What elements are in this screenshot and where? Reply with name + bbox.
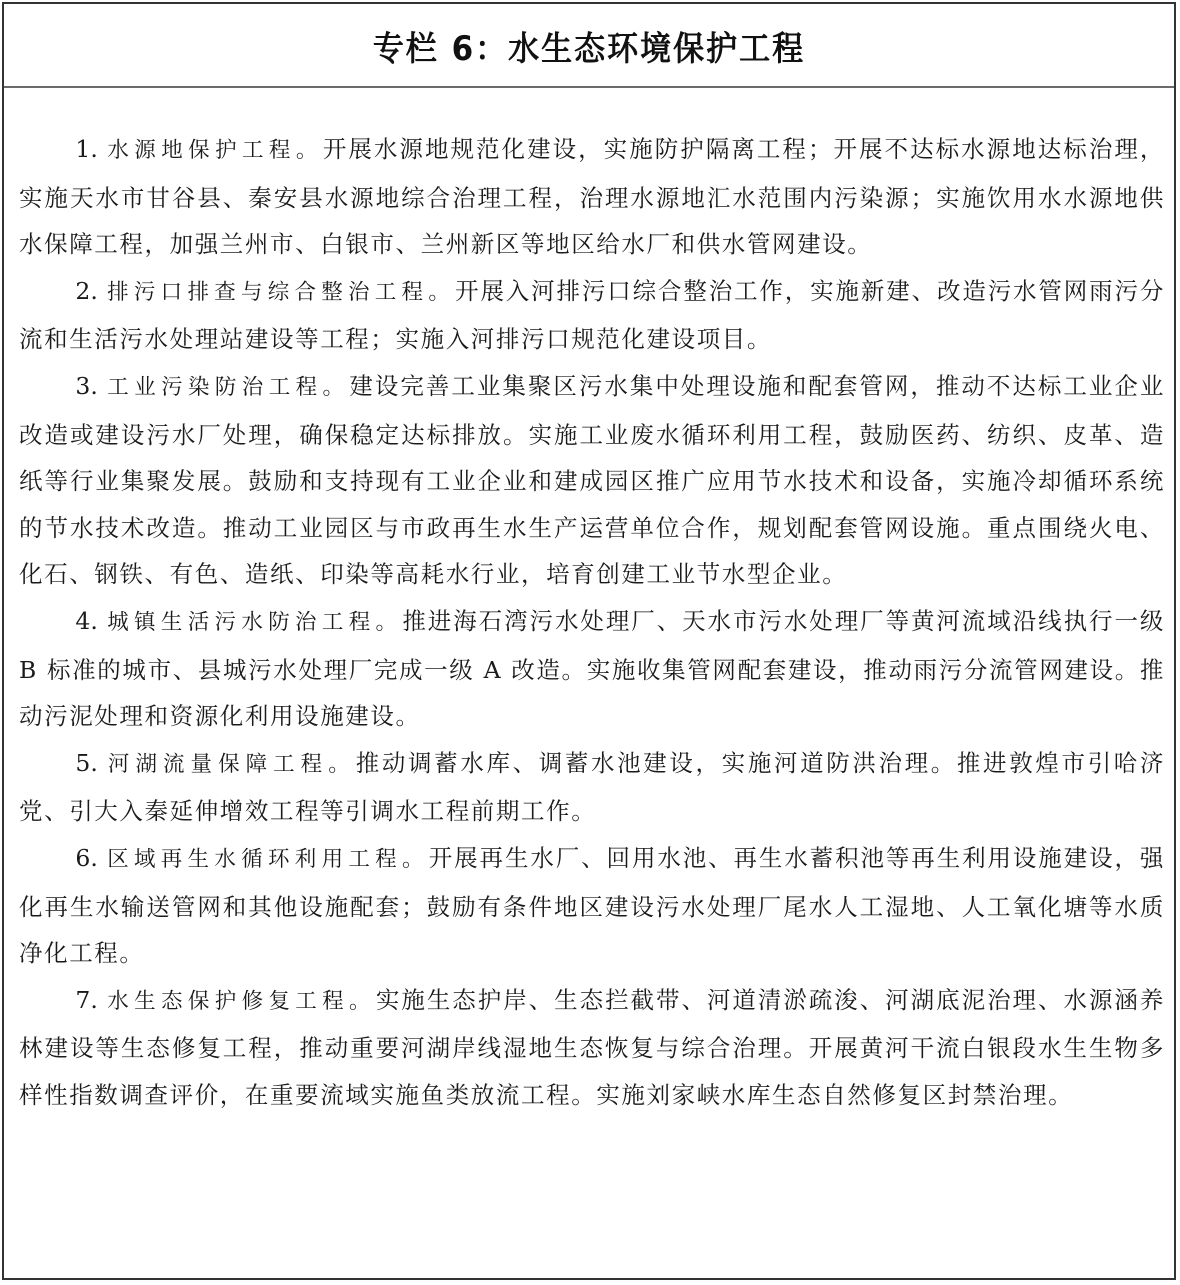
item-heading: 水源地保护工程。 — [107, 138, 322, 163]
item-heading: 河湖流量保障工程。 — [108, 752, 356, 777]
item-text: 建设完善工业集聚区污水集中处理设施和配套管网，推动不达标工业企业改造或建设污水厂… — [19, 372, 1165, 588]
column-header: 专栏 6：水生态环境保护工程 — [4, 4, 1174, 88]
column-title: 专栏 6：水生态环境保护工程 — [373, 21, 805, 70]
item-number: 4. — [75, 607, 97, 635]
project-item-7: 7. 水生态保护修复工程。实施生态护岸、生态拦截带、河道清淤疏浚、河湖底泥治理、… — [19, 977, 1165, 1119]
item-number: 7. — [75, 986, 97, 1014]
item-number: 3. — [75, 372, 97, 400]
column-body: 1. 水源地保护工程。开展水源地规范化建设，实施防护隔离工程；开展不达标水源地达… — [19, 126, 1165, 1118]
project-item-3: 3. 工业污染防治工程。建设完善工业集聚区污水集中处理设施和配套管网，推动不达标… — [19, 363, 1165, 598]
project-item-6: 6. 区域再生水循环利用工程。开展再生水厂、回用水池、再生水蓄积池等再生利用设施… — [19, 835, 1165, 977]
item-heading: 水生态保护修复工程。 — [107, 989, 376, 1014]
item-heading: 区域再生水循环利用工程。 — [107, 847, 429, 872]
item-number: 1. — [75, 135, 97, 163]
item-heading: 城镇生活污水防治工程。 — [107, 610, 402, 635]
item-number: 5. — [75, 749, 97, 777]
item-heading: 工业污染防治工程。 — [107, 375, 349, 400]
project-item-5: 5. 河湖流量保障工程。推动调蓄水库、调蓄水池建设，实施河道防洪治理。推进敦煌市… — [19, 740, 1165, 835]
project-item-4: 4. 城镇生活污水防治工程。推进海石湾污水处理厂、天水市污水处理厂等黄河流域沿线… — [19, 598, 1165, 740]
project-item-2: 2. 排污口排查与综合整治工程。开展入河排污口综合整治工作，实施新建、改造污水管… — [19, 268, 1165, 363]
item-number: 6. — [75, 844, 97, 872]
column-box: 专栏 6：水生态环境保护工程 1. 水源地保护工程。开展水源地规范化建设，实施防… — [2, 2, 1176, 1280]
project-item-1: 1. 水源地保护工程。开展水源地规范化建设，实施防护隔离工程；开展不达标水源地达… — [19, 126, 1165, 268]
item-number: 2. — [75, 277, 97, 305]
item-heading: 排污口排查与综合整治工程。 — [107, 280, 455, 305]
